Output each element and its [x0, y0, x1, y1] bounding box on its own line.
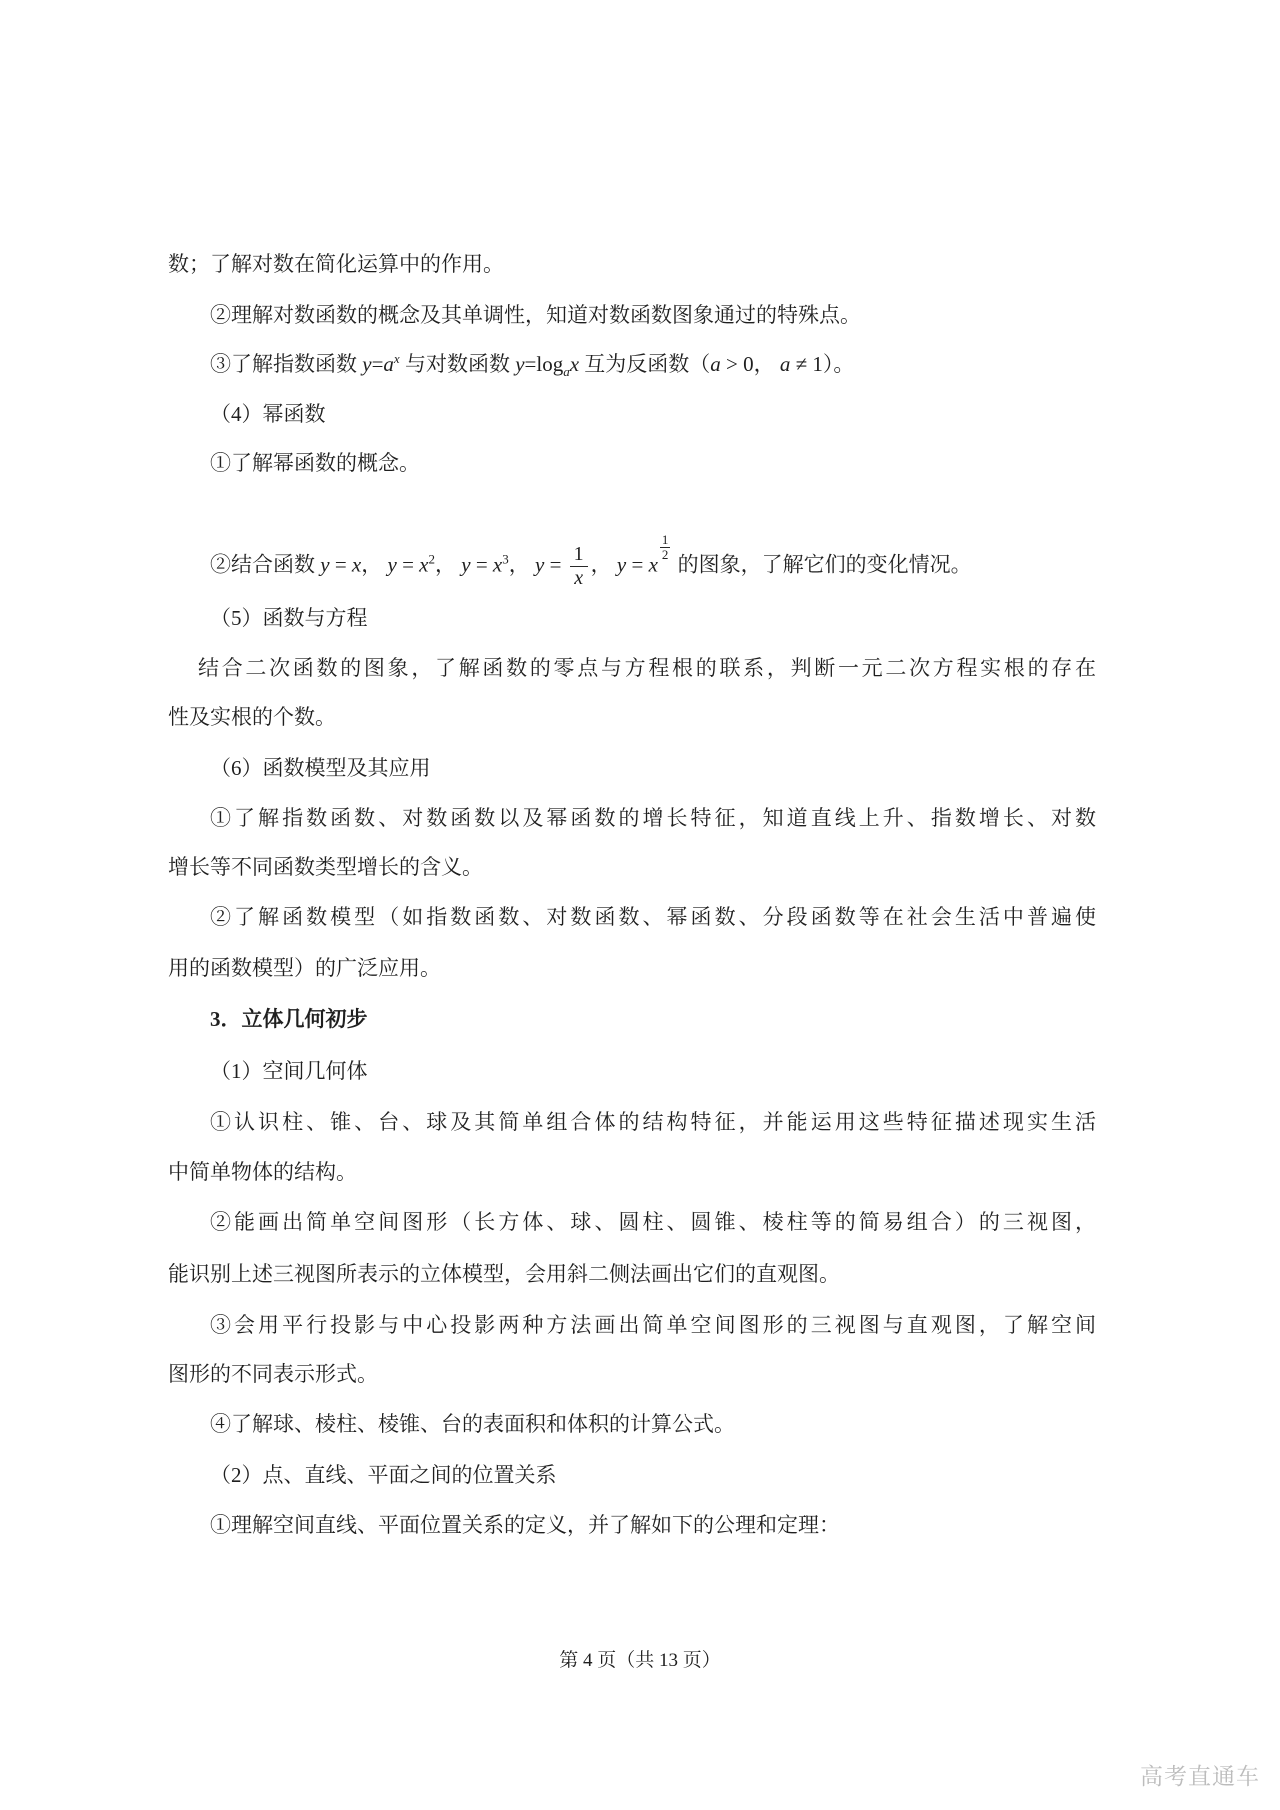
math-condition: ≠ 1	[790, 352, 823, 376]
formula-separator: ，	[435, 553, 461, 577]
text-line-17: ①认识柱、锥、台、球及其简单组合体的结构特征，并能运用这些特征描述现实生活	[168, 1108, 1096, 1137]
formula-separator: ，	[509, 553, 535, 577]
fraction-numerator: 1	[660, 533, 671, 548]
text-line-23: ④了解球、棱柱、棱锥、台的表面积和体积的计算公式。	[168, 1410, 1096, 1439]
math-var-x: x	[493, 553, 502, 577]
math-var-x: x	[352, 553, 361, 577]
formula-text: ②结合函数	[210, 553, 320, 577]
text-line-14: 用的函数模型）的广泛应用。	[168, 954, 1096, 983]
math-equals: =	[471, 553, 493, 577]
text-line-5: ①了解幂函数的概念。	[168, 449, 1096, 478]
heading-1-space-solids: （1）空间几何体	[168, 1057, 1096, 1086]
heading-4-power-function: （4）幂函数	[168, 400, 1096, 429]
math-equals: =	[330, 553, 352, 577]
text-line-9: 性及实根的个数。	[168, 703, 1096, 732]
formula-text: ③了解指数函数	[210, 352, 362, 376]
math-equals: =	[544, 553, 566, 577]
formula-line-power-functions: ②结合函数 y = x， y = x2， y = x3， y = 1x， y =…	[168, 533, 1096, 590]
math-equals: =	[372, 352, 384, 376]
math-var-x: x	[649, 553, 658, 577]
math-fraction-1-over-x: 1x	[570, 543, 588, 590]
document-page: { "doc": { "lines": { "l1": "数；了解对数在简化运算…	[0, 0, 1280, 1810]
math-var-a: a	[780, 352, 791, 376]
math-equals: =	[626, 553, 648, 577]
math-equals: =	[397, 553, 419, 577]
fraction-numerator: 1	[570, 543, 588, 567]
math-var-x: x	[570, 352, 579, 376]
math-var-x: x	[419, 553, 428, 577]
text-line-12: 增长等不同函数类型增长的含义。	[168, 853, 1096, 882]
text-line-25: ①理解空间直线、平面位置关系的定义，并了解如下的公理和定理：	[168, 1511, 1096, 1540]
math-var-a: a	[383, 352, 394, 376]
text-line-19: ②能画出简单空间图形（长方体、球、圆柱、圆锥、棱柱等的简易组合）的三视图，	[168, 1208, 1096, 1237]
text-line-11: ①了解指数函数、对数函数以及幂函数的增长特征，知道直线上升、指数增长、对数	[168, 804, 1096, 833]
formula-text: 的图象，了解它们的变化情况。	[672, 553, 971, 577]
math-var-y: y	[362, 352, 371, 376]
math-condition: > 0，	[721, 352, 780, 376]
math-var-y: y	[461, 553, 470, 577]
footer-page-number: 第 4 页（共 13 页）	[0, 1645, 1280, 1672]
math-exponent-one-half: 12	[660, 533, 671, 561]
formula-text: ）。	[823, 352, 855, 376]
text-line-8: 结合二次函数的图象，了解函数的零点与方程根的联系，判断一元二次方程实根的存在	[168, 654, 1096, 683]
formula-text: 互为反函数（	[579, 352, 710, 376]
math-var-y: y	[320, 553, 329, 577]
heading-2-point-line-plane: （2）点、直线、平面之间的位置关系	[168, 1461, 1096, 1490]
watermark-text: 高考直通车	[1140, 1758, 1260, 1791]
math-log: log	[536, 352, 563, 376]
math-var-y: y	[515, 352, 524, 376]
math-var-y: y	[617, 553, 626, 577]
text-line-21: ③会用平行投影与中心投影两种方法画出简单空间图形的三视图与直观图，了解空间	[168, 1311, 1096, 1340]
math-var-y: y	[388, 553, 397, 577]
formula-separator: ，	[361, 553, 387, 577]
fraction-denominator: x	[570, 567, 588, 590]
text-line-22: 图形的不同表示形式。	[168, 1360, 1096, 1389]
text-line-20: 能识别上述三视图所表示的立体模型，会用斜二侧法画出它们的直观图。	[168, 1260, 1096, 1289]
formula-line-exp-log: ③了解指数函数 y=ax 与对数函数 y=logax 互为反函数（a > 0， …	[168, 350, 1096, 379]
math-var-a: a	[710, 352, 721, 376]
text-line-2: ②理解对数函数的概念及其单调性，知道对数函数图象通过的特殊点。	[168, 301, 1096, 330]
heading-6-function-model: （6）函数模型及其应用	[168, 754, 1096, 783]
math-var-y: y	[535, 553, 544, 577]
math-equals: =	[525, 352, 537, 376]
text-line-1: 数；了解对数在简化运算中的作用。	[168, 250, 1096, 279]
text-line-13: ②了解函数模型（如指数函数、对数函数、幂函数、分段函数等在社会生活中普遍使	[168, 903, 1096, 932]
text-line-18: 中简单物体的结构。	[168, 1158, 1096, 1187]
formula-separator: ，	[591, 553, 617, 577]
fraction-denominator: 2	[660, 548, 671, 562]
heading-5-function-equation: （5）函数与方程	[168, 604, 1096, 633]
heading-3-solid-geometry: 3．立体几何初步	[168, 1005, 1096, 1034]
formula-text: 与对数函数	[400, 352, 516, 376]
